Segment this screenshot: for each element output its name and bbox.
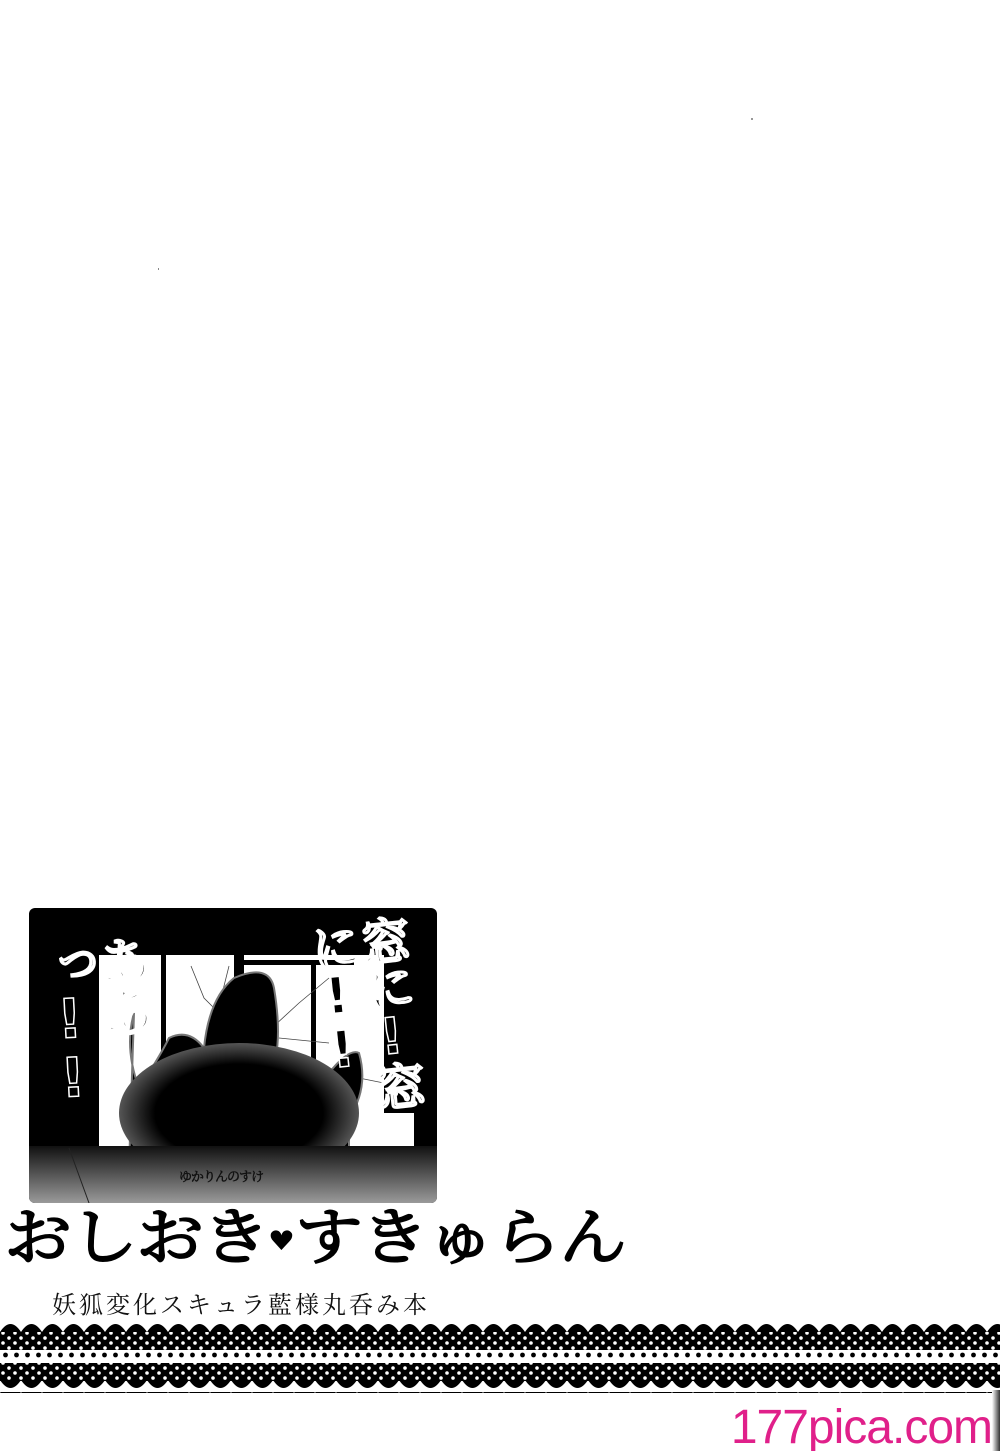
scan-speck: [158, 268, 159, 270]
book-title: おしおき♥すきゅらん: [4, 1208, 625, 1269]
scan-speck: [751, 118, 753, 120]
scan-edge-shadow: [992, 1390, 1000, 1451]
site-watermark: 177pica.com: [731, 1404, 992, 1451]
book-subtitle: 妖狐変化スキュラ藍様丸呑み本: [52, 1285, 430, 1320]
sfx-text-left: ああっ!!: [38, 933, 160, 1203]
title-part-1: おしおき: [4, 1203, 268, 1274]
comic-panel: ああっ!! 窓に!窓に!! ゆかりんのすけ: [29, 908, 437, 1203]
heart-icon: ♥: [268, 1225, 295, 1257]
lace-ribbon-decoration: [0, 1320, 1000, 1395]
artist-credit: ゆかりんのすけ: [179, 1166, 263, 1185]
title-part-2: すきゅらん: [295, 1203, 625, 1274]
